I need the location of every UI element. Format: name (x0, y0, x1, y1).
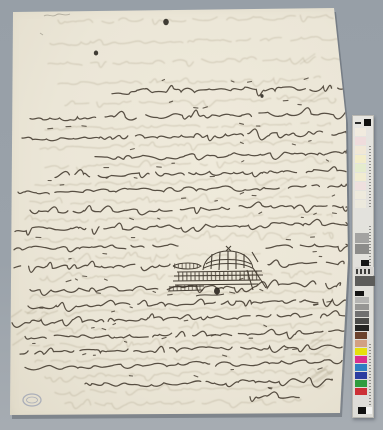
microtext-column (369, 344, 371, 408)
microtext-column (369, 226, 371, 266)
calibration-patch (353, 325, 373, 332)
pencil-note (40, 14, 70, 35)
calibration-patch (353, 311, 373, 318)
black-square-mark (364, 119, 371, 126)
calibration-bottom-mark (353, 406, 373, 415)
calibration-patch (353, 276, 373, 287)
microtext-column (369, 146, 371, 208)
ink-blot (260, 94, 263, 98)
calibration-patch (353, 332, 373, 340)
ink-blot (163, 19, 169, 25)
archive-stamp (23, 394, 41, 406)
tick-mark (355, 122, 361, 124)
ink-blot (94, 50, 98, 55)
calibration-patch (353, 297, 373, 304)
calibration-patch (353, 304, 373, 311)
scan-viewport (0, 0, 383, 430)
handwriting-layer (0, 0, 383, 430)
calibration-patch (353, 128, 373, 137)
calibration-patch (353, 267, 373, 276)
patch-glyphs (353, 267, 373, 276)
calibration-patch (353, 318, 373, 325)
white-square-mark (366, 407, 372, 414)
black-square-mark (358, 407, 366, 414)
color-calibration-bar (352, 115, 374, 418)
calibration-patch (353, 137, 373, 146)
calibration-top-mark (353, 118, 373, 128)
